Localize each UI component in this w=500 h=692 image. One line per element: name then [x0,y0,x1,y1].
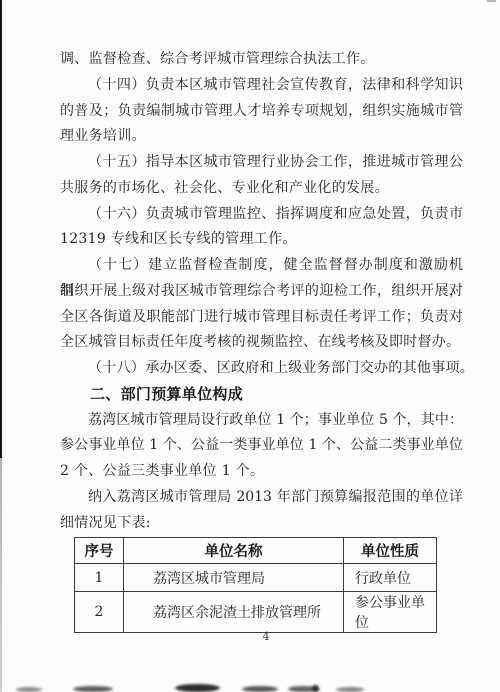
text-line: （十五）指导本区城市管理行业协会工作，推进城市管理公 [60,150,463,176]
scan-smudge [242,686,278,692]
text-line: 荔湾区城市管理局设行政单位 1 个；事业单位 5 个，其中： [60,408,463,434]
scan-edge-line [0,0,2,458]
text-line: 全区各街道及职能部门进行城市管理目标责任考评工作；负责对 [60,305,463,331]
text-line: （十八）承办区委、区政府和上级业务部门交办的其他事项。 [60,356,463,382]
units-table: 序号单位名称单位性质 1荔湾区城市管理局行政单位2荔湾区余泥渣土排放管理所参公事… [74,537,437,633]
scan-smudge [175,684,220,692]
text-line: （十六）负责城市管理监控、指挥调度和应急处置，负责市 [60,202,463,228]
table-cell: 荔湾区城市管理局 [124,564,344,592]
units-table-header: 序号单位名称单位性质 [75,538,437,564]
table-header-cell: 单位性质 [344,538,437,564]
table-cell: 1 [75,564,124,592]
page-number: 4 [16,630,500,643]
text-line: 纳入荔湾区城市管理局 2013 年部门预算编报范围的单位详 [60,485,463,511]
table-cell: 参公事业单位 [344,592,437,633]
table-row: 1荔湾区城市管理局行政单位 [75,564,437,592]
text-line: 共服务的市场化、社会化、专业化和产业化的发展。 [60,176,463,202]
scan-smudge [73,686,113,692]
text-line: 参公事业单位 1 个、公益一类事业单位 1 个、公益二类事业单位 [60,433,463,459]
section-heading: 二、部门预算单位构成 [60,382,463,408]
units-table-body: 1荔湾区城市管理局行政单位2荔湾区余泥渣土排放管理所参公事业单位 [75,564,437,633]
table-header-cell: 序号 [75,538,124,564]
table-header-cell: 单位名称 [124,538,344,564]
text-line: 2 个、公益三类事业单位 1 个。 [60,459,463,485]
scan-smudge [312,685,319,692]
text-line: （十四）负责本区城市管理社会宣传教育，法律和科学知识 [60,73,463,99]
text-line: 的普及；负责编制城市管理人才培养专项规划，组织实施城市管 [60,99,463,125]
text-line: 调、监督检查、综合考评城市管理综合执法工作。 [60,47,463,73]
scan-edge-line-faint [0,458,2,692]
text-line: 理业务培训。 [60,124,463,150]
text-block: 调、监督检查、综合考评城市管理综合执法工作。（十四）负责本区城市管理社会宣传教育… [60,47,463,536]
text-line: 12319 专线和区长专线的管理工作。 [60,227,463,253]
text-line: 全区城管目标责任年度考核的视频监控、在线考核及即时督办。 [60,330,463,356]
table-cell: 荔湾区余泥渣土排放管理所 [124,592,344,633]
table-cell: 2 [75,592,124,633]
table-row: 2荔湾区余泥渣土排放管理所参公事业单位 [75,592,437,633]
text-line: （十七）建立监督检查制度，健全监督督办制度和激励机制， [60,253,463,279]
document-page: 调、监督检查、综合考评城市管理综合执法工作。（十四）负责本区城市管理社会宣传教育… [0,0,500,692]
text-line: 组织开展上级对我区城市管理综合考评的迎检工作，组织开展对 [60,279,463,305]
text-line: 细情况见下表: [60,511,463,537]
scan-smudge [16,687,42,692]
scan-dash-top-right [487,0,496,2]
table-cell: 行政单位 [344,564,437,592]
scan-smudge [336,687,364,692]
